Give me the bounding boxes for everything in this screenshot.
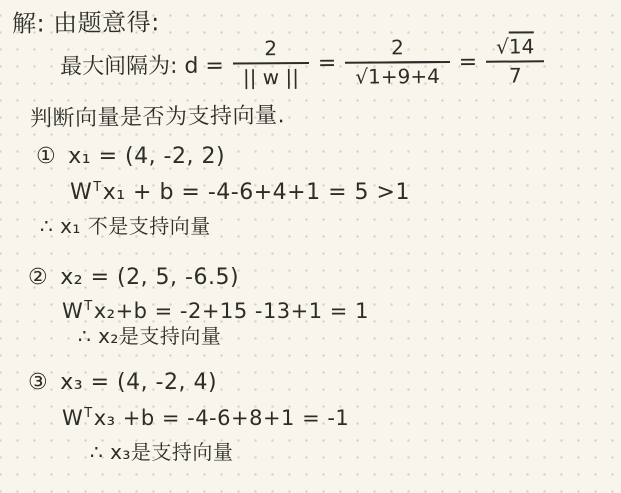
case3-calculation: WTx₃ +b = -4-6+8+1 = -1	[62, 405, 349, 431]
case2-vector-value: x₂ = (2, 5, -6.5)	[60, 265, 239, 290]
fraction-numerator: 2	[233, 37, 309, 63]
w-symbol: W	[62, 406, 83, 430]
case3-index: ③	[28, 369, 48, 397]
case2-vector: ②x₂ = (2, 5, -6.5)	[28, 264, 239, 292]
case1-index: ①	[36, 143, 56, 171]
case3-vector: ③x₃ = (4, -2, 4)	[28, 369, 217, 397]
case1-vector-value: x₁ = (4, -2, 2)	[68, 144, 225, 169]
case2-calculation: WTx₂+b = -2+15 -13+1 = 1	[62, 298, 369, 324]
transpose-superscript: T	[84, 406, 92, 421]
equals-sign: =	[318, 50, 337, 75]
case1-calculation: WTx₁ + b = -4-6+4+1 = 5 >1	[70, 179, 410, 207]
fraction-numerator: √14	[486, 35, 544, 60]
w-symbol: W	[70, 180, 92, 205]
case3-conclusion: ∴ x₃是支持向量	[90, 440, 233, 465]
fraction-sqrt14-over-7: √14 7	[486, 35, 545, 87]
fraction-denominator: √1+9+4	[345, 61, 450, 89]
case1-vector: ①x₁ = (4, -2, 2)	[36, 143, 225, 171]
calculation-expression: x₃ +b = -4-6+8+1 = -1	[94, 406, 350, 430]
fraction-denominator: 7	[486, 60, 544, 87]
task-statement: 判断向量是否为支持向量.	[30, 102, 285, 133]
radicand: 14	[509, 31, 535, 58]
case2-index: ②	[28, 264, 48, 292]
margin-formula-lead: 最大间隔为: d =	[60, 48, 224, 80]
case2-conclusion: ∴ x₂是支持向量	[78, 324, 221, 349]
fraction-2-over-sqrt: 2 √1+9+4	[345, 36, 450, 89]
notebook-page: 解: 由题意得: 最大间隔为: d = 2 || w || = 2 √1+9+4…	[0, 0, 621, 493]
transpose-superscript: T	[93, 180, 101, 195]
radicand: 1+9+4	[368, 61, 440, 88]
calculation-expression: x₁ + b = -4-6+4+1 = 5 >1	[103, 180, 410, 205]
case3-vector-value: x₃ = (4, -2, 4)	[60, 370, 217, 395]
transpose-superscript: T	[84, 299, 92, 314]
radical-sign: √	[496, 35, 509, 59]
calculation-expression: x₂+b = -2+15 -13+1 = 1	[94, 299, 369, 323]
fraction-denominator: || w ||	[233, 62, 309, 90]
radical-sign: √	[355, 65, 368, 89]
w-symbol: W	[62, 299, 83, 323]
equals-sign: =	[459, 49, 478, 74]
fraction-numerator: 2	[345, 36, 450, 62]
case1-conclusion: ∴ x₁ 不是支持向量	[40, 214, 211, 239]
max-margin-formula: 最大间隔为: d = 2 || w || = 2 √1+9+4 = √14 7	[60, 24, 545, 101]
fraction-2-over-norm-w: 2 || w ||	[233, 37, 309, 90]
